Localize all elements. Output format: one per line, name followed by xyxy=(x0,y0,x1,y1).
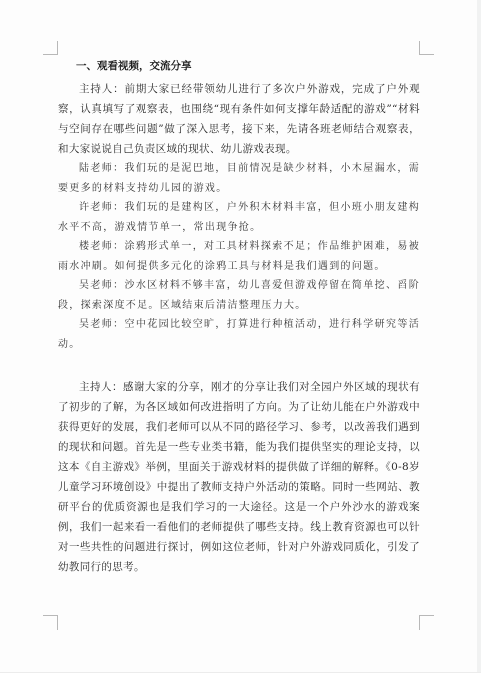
margin-mark-bottom-left-h xyxy=(43,615,58,616)
canvas-right-edge xyxy=(477,0,481,673)
margin-mark-bottom-right-v xyxy=(419,615,420,630)
paragraph-teacher-wu-sandwater: 吴老师：沙水区材料不够丰富，幼儿喜爱但游戏停留在简单挖、舀阶段，探索深度不足。区… xyxy=(58,276,420,315)
paragraph-teacher-xu: 许老师：我们玩的是建构区，户外积木材料丰富，但小班小朋友建构水平不高，游戏情节单… xyxy=(58,198,420,237)
margin-mark-top-left-v xyxy=(57,41,58,55)
document-page: 一、观看视频，交流分享 主持人：前期大家已经带领幼儿进行了多次户外游戏，完成了户… xyxy=(0,0,477,672)
paragraph-teacher-lu: 陆老师：我们玩的是泥巴地，目前情况是缺少材料，小木屋漏水，需要更多的材料支持幼儿… xyxy=(58,159,420,198)
paragraph-host-summary: 主持人：感谢大家的分享，刚才的分享让我们对全园户外区域的现状有了初步的了解，为各… xyxy=(58,377,420,577)
margin-mark-top-left-h xyxy=(43,54,58,55)
section-heading: 一、观看视频，交流分享 xyxy=(58,59,420,73)
paragraph-teacher-lou: 楼老师：涂鸦形式单一，对工具材料探索不足；作品维护困难，易被雨水冲刷。如何提供多… xyxy=(58,237,420,276)
paragraph-teacher-wu-garden: 吴老师：空中花园比较空旷，打算进行种植活动，进行科学研究等活动。 xyxy=(58,315,420,354)
margin-mark-top-right-v xyxy=(419,41,420,55)
margin-mark-bottom-right-h xyxy=(419,615,434,616)
document-body[interactable]: 一、观看视频，交流分享 主持人：前期大家已经带领幼儿进行了多次户外游戏，完成了户… xyxy=(58,56,420,577)
paragraph-spacer xyxy=(58,354,420,377)
margin-mark-bottom-left-v xyxy=(57,615,58,630)
paragraph-host-intro: 主持人：前期大家已经带领幼儿进行了多次户外游戏，完成了户外观察，认真填写了观察表… xyxy=(58,79,420,159)
margin-mark-top-right-h xyxy=(419,54,434,55)
